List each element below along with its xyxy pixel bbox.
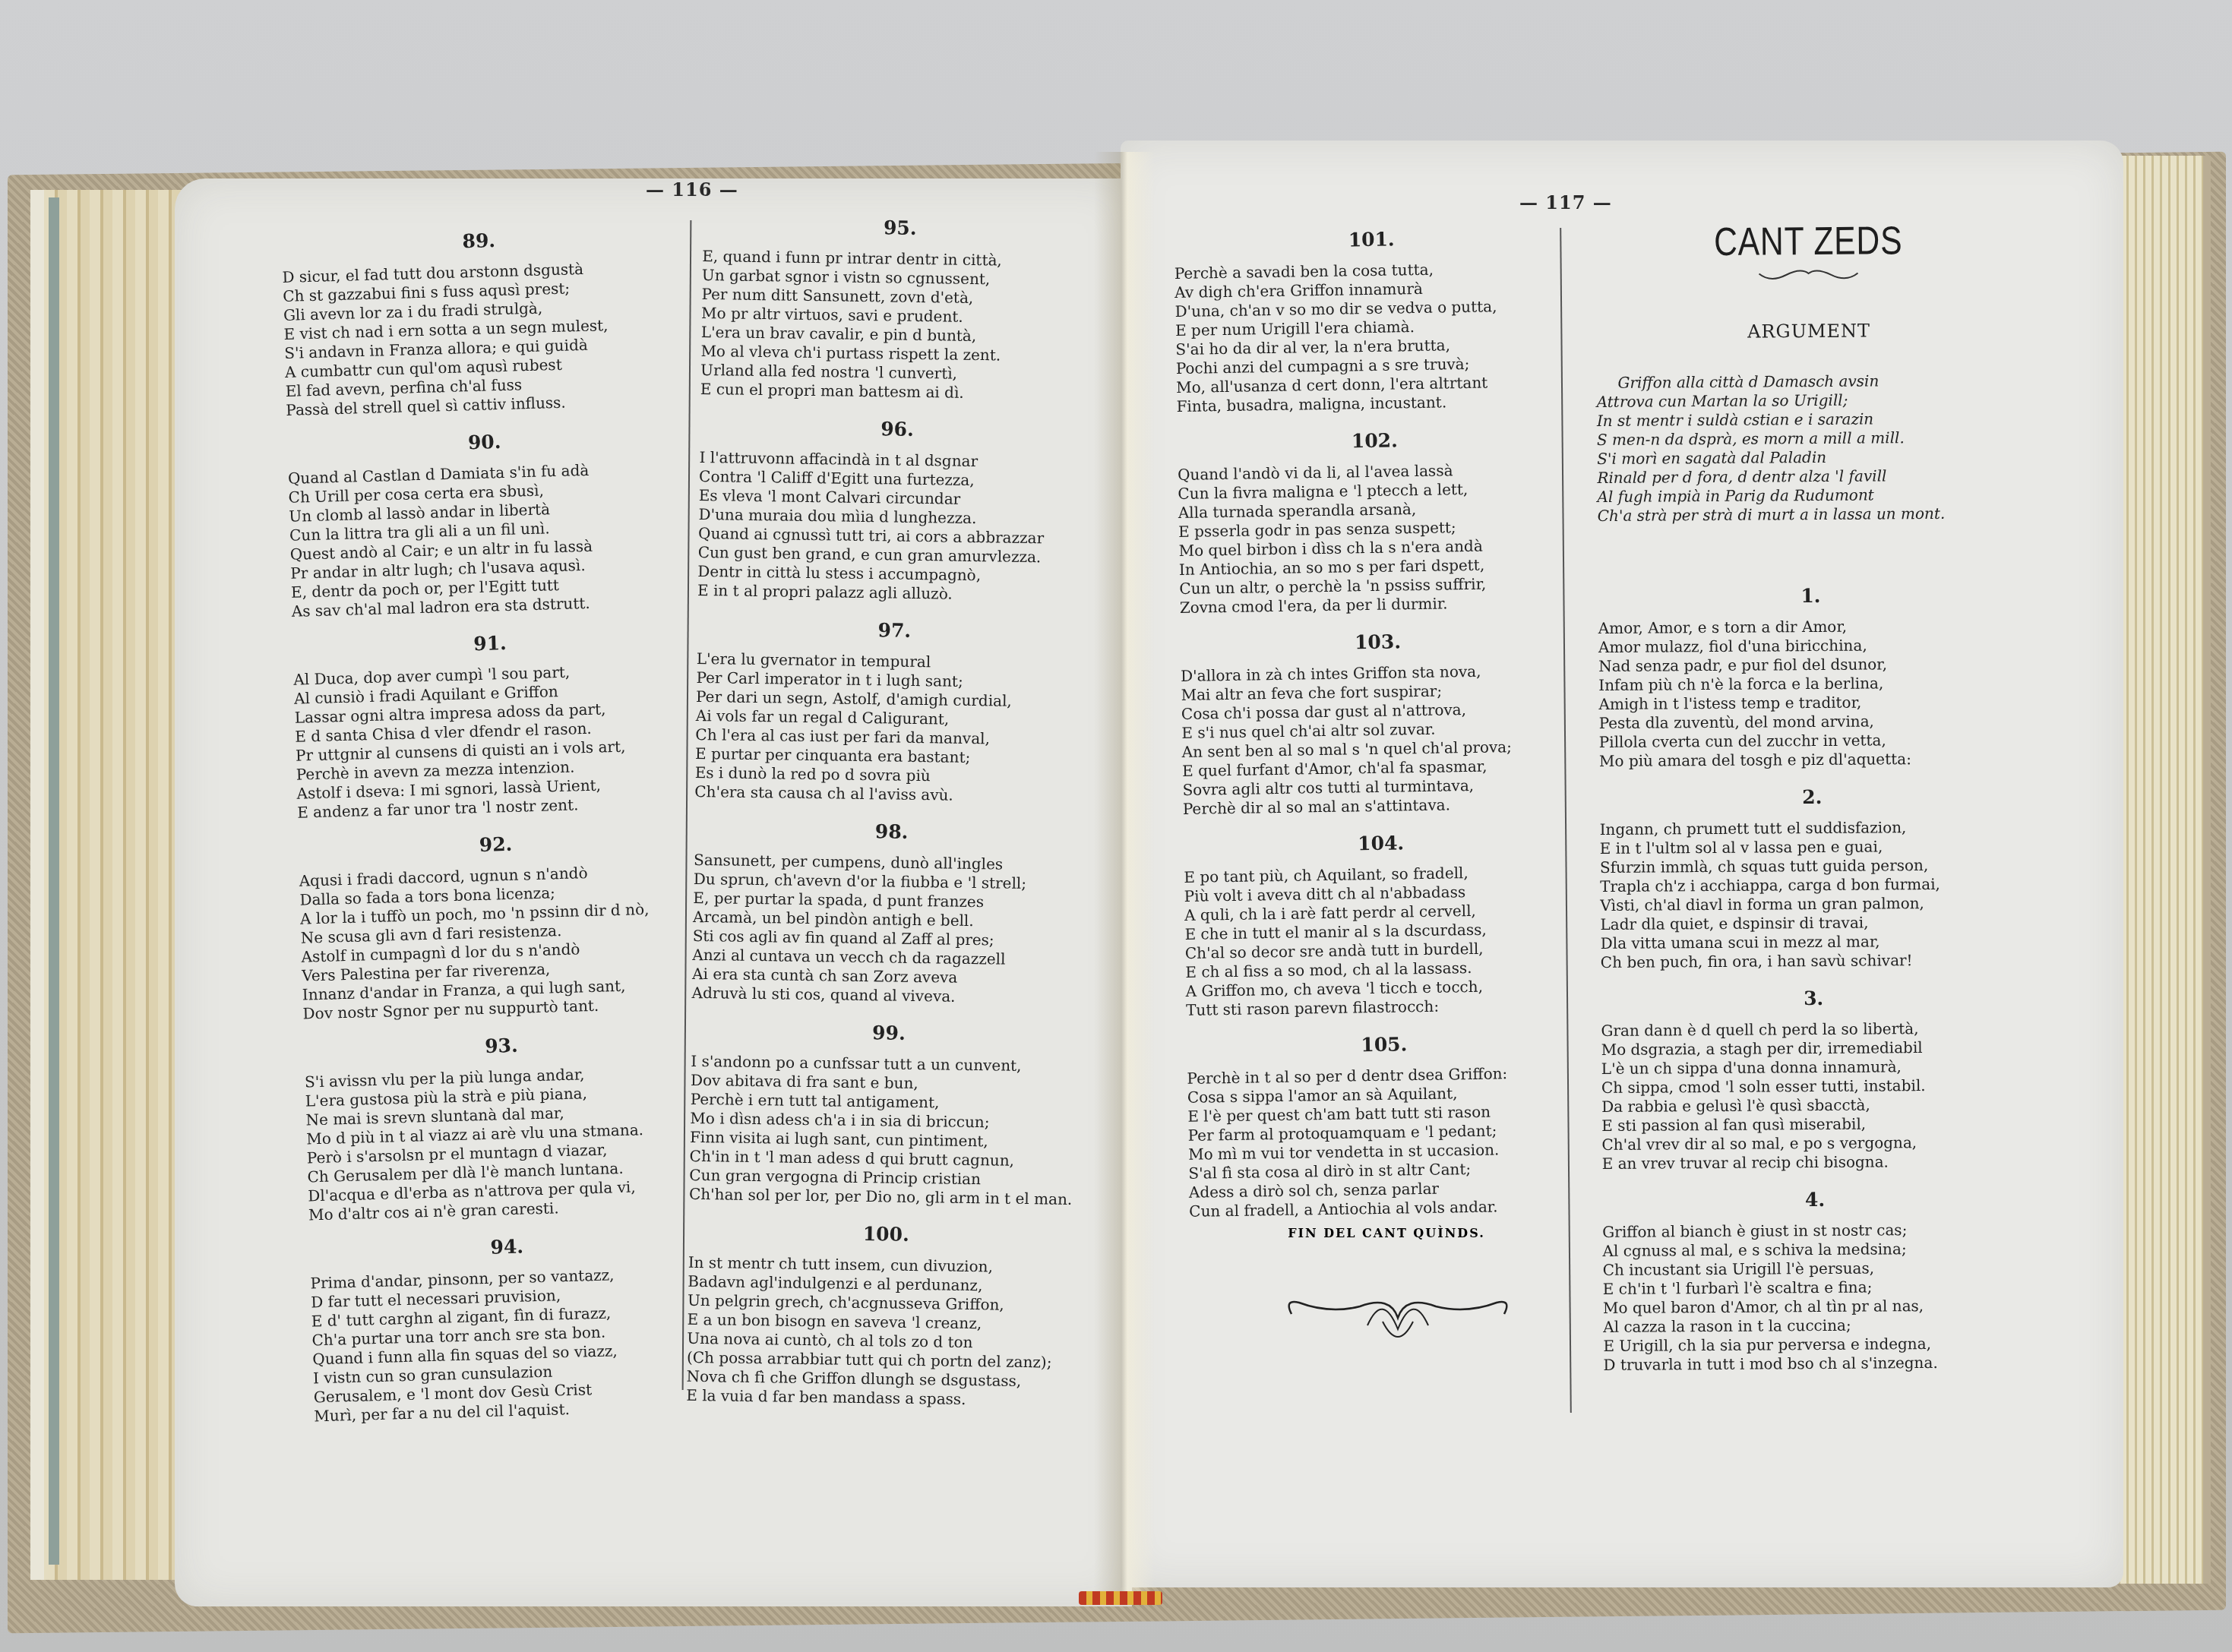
- stanza-number: 105.: [1187, 1031, 1582, 1059]
- left-page-column-1: 89.D sicur, el fad tutt dou arstonn dsgu…: [281, 224, 710, 1442]
- verse-line: Vìsti, ch'al diavl in forma un gran palm…: [1600, 893, 2025, 915]
- stanza: 89.D sicur, el fad tutt dou arstonn dsgu…: [281, 224, 681, 419]
- verse-line: Ladr dla quiet, e dspinsir di travai,: [1600, 912, 2025, 934]
- verse-line: Ch sippa, cmod 'l soln esser tutti, inst…: [1601, 1076, 2027, 1098]
- stanza-number: 97.: [697, 617, 1092, 644]
- verse-line: Mo quel baron d'Amor, ch al tìn pr al na…: [1603, 1296, 2028, 1318]
- verse-line: Gran dann è d quell ch perd la so libert…: [1601, 1019, 2026, 1041]
- verse-line: Al cazza la rason in t la cuccina;: [1603, 1315, 2028, 1337]
- stanza: 4.Griffon al bianch è giust in st nostr …: [1602, 1187, 2029, 1375]
- stanza: 105.Perchè in t al so per d dentr dsea G…: [1187, 1031, 1585, 1221]
- verse-line: Pesta dla zuventù, del mond arvina,: [1599, 711, 2025, 733]
- verse-line: Da rabbia e gelusì l'è qusì sbacctà,: [1601, 1094, 2027, 1117]
- argument-line: S men-n da dsprà, es morn a mill a mill.: [1597, 428, 2022, 450]
- tailpiece-ornament-icon: [1284, 1284, 1512, 1352]
- stanza-number: 99.: [691, 1019, 1086, 1047]
- end-of-canto-note: FIN DEL CANT QUÌNDS.: [1208, 1226, 1565, 1240]
- stanza: 94.Prima d'andar, pinsonn, per so vantaz…: [309, 1230, 710, 1426]
- stanza: 104.E po tant più, ch Aquilant, so frade…: [1183, 829, 1581, 1020]
- stanza: 96.I l'attruvonn affacindà in t al dsgna…: [697, 415, 1095, 605]
- argument-line: S'i morì en sagatà dal Paladin: [1597, 447, 2022, 469]
- argument-line: Al fugh impià in Parig da Rudumont: [1597, 485, 2022, 507]
- verse-line: E ch'in t 'l furbarì l'è scaltra e fina;: [1603, 1277, 2028, 1299]
- stanza: 97.L'era lu gvernator in tempuralPer Car…: [694, 617, 1092, 807]
- stanza: 98.Sansunett, per cumpens, dunò all'ingl…: [692, 818, 1089, 1008]
- verse-line: D truvarla in tutt i mod bso ch al s'inz…: [1603, 1353, 2028, 1375]
- argument-line: Ch'a strà per strà di murt a in lassa un…: [1598, 504, 2023, 526]
- verse-line: Mo più amara del tosgh e piz dl'aquetta:: [1599, 749, 2025, 771]
- stanza-number: 94.: [309, 1230, 705, 1264]
- stanza: 102.Quand l'andò vi da li, al l'avea las…: [1177, 427, 1575, 618]
- verse-line: Ch ben puch, fin ora, i han savù schivar…: [1601, 950, 2026, 972]
- verse-line: Amor, Amor, e s torn a dir Amor,: [1598, 616, 2024, 638]
- verse-line: Infam più ch n'è la forca e la berlina,: [1598, 673, 2024, 695]
- page-number-116: — 116 —: [646, 178, 738, 201]
- stanza-number: 4.: [1602, 1187, 2028, 1212]
- stanza-number: 3.: [1601, 986, 2026, 1011]
- right-page-block-edges: [2112, 156, 2211, 1584]
- argument-heading: ARGUMENT: [1596, 319, 2022, 343]
- stanza: 90.Quand al Castlan d Damiata s'in fu ad…: [286, 425, 687, 621]
- chapter-title: CANT ZEDS: [1633, 217, 1983, 265]
- argument-line: Rinald per d fora, d dentr alza 'l favil…: [1597, 466, 2022, 488]
- verse-line: Al cgnuss al mal, e s schiva la medsina;: [1602, 1239, 2028, 1261]
- stanza-number: 102.: [1177, 427, 1572, 455]
- stanza-number: 92.: [298, 828, 694, 861]
- stanza: 2.Ingann, ch prumett tutt el suddisfazio…: [1599, 785, 2026, 972]
- book-gutter: [1094, 152, 1155, 1595]
- verse-line: E an vrev truvar al recip chi bisogna.: [1602, 1151, 2028, 1173]
- page-number-117: — 117 —: [1519, 191, 1612, 213]
- stanza: 93.S'i avissn vlu per la più lunga andar…: [304, 1029, 704, 1224]
- stanza-number: 2.: [1599, 785, 2025, 810]
- argument-verse: Griffon alla città d Damasch avsinAttrov…: [1596, 371, 2022, 526]
- stanza: 100.In st mentr ch tutt insem, cun divuz…: [686, 1221, 1083, 1410]
- left-page-column-2: 95.E, quand i funn pr intrar dentr in ci…: [686, 214, 1098, 1427]
- verse-line: Dla vitta umana scui in mezz al mar,: [1601, 931, 2026, 953]
- verse-line: Ch'al vrev dir al so mal, e po s vergogn…: [1601, 1132, 2027, 1155]
- stanza-number: 104.: [1183, 829, 1578, 858]
- stanza-number: 98.: [694, 818, 1089, 845]
- verse-line: E sti passion al fan qusì miserabil,: [1601, 1113, 2027, 1136]
- stanza-number: 90.: [286, 425, 682, 459]
- headband: [1079, 1591, 1162, 1605]
- title-ornament-icon: [1755, 264, 1861, 285]
- right-page-column-2: CANT ZEDS ARGUMENT Griffon alla città d …: [1595, 217, 2029, 1391]
- stanza-number: 100.: [688, 1221, 1083, 1248]
- stanza-number: 93.: [304, 1029, 700, 1063]
- verse-line: Mo dsgrazia, a stagh per dir, irremediab…: [1601, 1038, 2027, 1060]
- verse-line: Amor mulazz, fiol d'una biricchina,: [1598, 635, 2024, 657]
- argument-line: Griffon alla città d Damasch avsin: [1596, 371, 2022, 393]
- endpaper-strip: [49, 197, 59, 1565]
- verse-line: E in t l'ultm sol al v lassa pen e guai,: [1600, 836, 2025, 858]
- verse-line: Griffon al bianch è giust in st nostr ca…: [1602, 1220, 2028, 1242]
- stanza: 91.Al Duca, dop aver cumpì 'l sou part,A…: [292, 627, 693, 822]
- stanza: 3.Gran dann è d quell ch perd la so libe…: [1601, 986, 2028, 1173]
- verse-line: Sfurzin immlà, ch squas tutt guida perso…: [1600, 855, 2025, 877]
- stanza: 103.D'allora in zà ch intes Griffon sta …: [1180, 628, 1578, 819]
- verse-line: Amigh in t l'istess temp e traditor,: [1598, 692, 2024, 714]
- stanza: 1.Amor, Amor, e s torn a dir Amor,Amor m…: [1598, 583, 2025, 771]
- stanza: 92.Aqusi i fradi daccord, ugnun s n'andò…: [298, 828, 698, 1023]
- verse-line: Trapla ch'z i acchiappa, carga d bon fur…: [1600, 874, 2025, 896]
- verse-line: Ingann, ch prumett tutt el suddisfazion,: [1600, 817, 2025, 839]
- verse-line: Ch incustant sia Urigill l'è persuas,: [1603, 1258, 2028, 1280]
- argument-line: Attrova cun Martan la so Urigill;: [1597, 390, 2022, 412]
- stanza-number: 96.: [700, 415, 1095, 443]
- verse-line: E Urigill, ch la sia pur perversa e inde…: [1603, 1334, 2028, 1356]
- stanza-number: 91.: [292, 627, 688, 660]
- stanza-number: 95.: [703, 214, 1098, 242]
- stanza: 101.Perchè a savadi ben la cosa tutta,Av…: [1174, 226, 1572, 416]
- stanza: 95.E, quand i funn pr intrar dentr in ci…: [700, 214, 1098, 404]
- canto-16-stanzas: 1.Amor, Amor, e s torn a dir Amor,Amor m…: [1598, 583, 2028, 1375]
- stanza-number: 1.: [1598, 583, 2023, 608]
- verse-line: L'è un ch sippa d'una donna innamurà,: [1601, 1057, 2027, 1079]
- verse-line: Nad senza padr, e pur fiol del dsunor,: [1598, 654, 2024, 676]
- stanza: 99.I s'andonn po a cunfssar tutt a un cu…: [689, 1019, 1086, 1209]
- stanza-number: 103.: [1180, 628, 1575, 656]
- right-page-column-1: 101.Perchè a savadi ben la cosa tutta,Av…: [1174, 226, 1585, 1238]
- verse-line: Pillola cverta cun del zucchr in vetta,: [1599, 730, 2025, 752]
- argument-line: In st mentr i suldà cstian e i sarazin: [1597, 409, 2022, 431]
